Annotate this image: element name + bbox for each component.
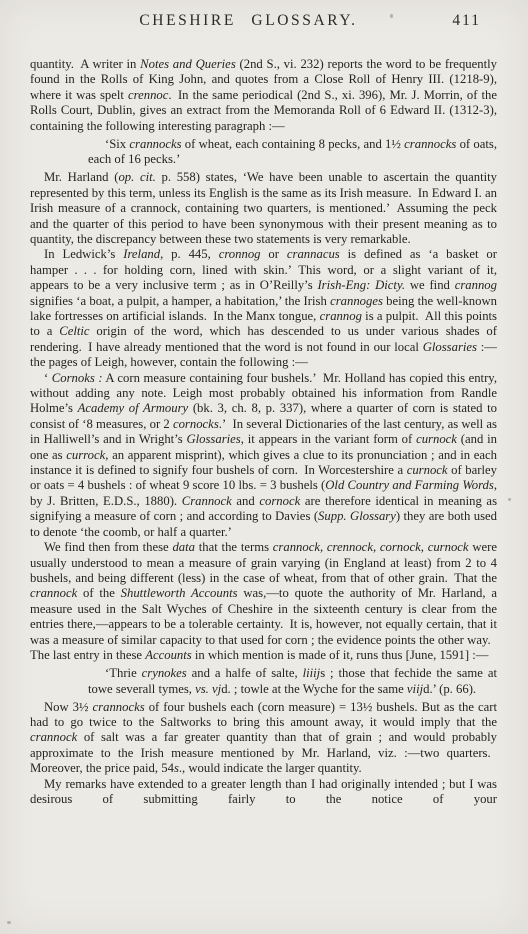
text-run: ., would indicate the larger quantity. — [179, 761, 362, 775]
text-run: , p. 445, — [160, 247, 219, 261]
text-run: in which mention is made of it, runs thu… — [192, 648, 489, 662]
text-run: , it appears in the variant form of — [241, 432, 416, 446]
blockquote: ‘Six crannocks of wheat, each containing… — [88, 137, 497, 168]
page-title: CHESHIRE GLOSSARY. — [30, 12, 467, 30]
italic-text: Irish-Eng: Dicty. — [317, 278, 405, 292]
paragraph: In Ledwick’s Ireland, p. 445, cronnog or… — [30, 247, 497, 370]
italic-text: crannog — [455, 278, 497, 292]
page-number: 411 — [452, 12, 481, 30]
page-body: quantity. A writer in Notes and Queries … — [30, 57, 497, 808]
italic-text: viij — [407, 682, 423, 696]
italic-text: crannock — [30, 730, 77, 744]
text-run: My remarks have extended to a greater le… — [30, 777, 497, 806]
italic-text: Notes and Queries — [140, 57, 236, 71]
paragraph: Mr. Harland (op. cit. p. 558) states, ‘W… — [30, 170, 497, 247]
italic-text: crannoges — [330, 294, 383, 308]
text-run: of wheat, each containing 8 pecks, and 1… — [182, 137, 405, 151]
italic-text: crannocks — [129, 137, 181, 151]
paragraph: We find then from these data that the te… — [30, 540, 497, 663]
text-run: d. ; towle at the Wyche for the same — [221, 682, 407, 696]
paragraph: My remarks have extended to a greater le… — [30, 777, 497, 808]
italic-text: data — [172, 540, 195, 554]
italic-text: Ireland — [123, 247, 160, 261]
paragraph: Now 3½ crannocks of four bushels each (c… — [30, 700, 497, 777]
text-run: ‘Thrie — [105, 666, 142, 680]
scan-artifact — [390, 14, 393, 18]
italic-text: curnock — [407, 463, 448, 477]
text-run: of the — [77, 586, 120, 600]
italic-text: vs. vj — [195, 682, 221, 696]
text-run: that the terms — [195, 540, 273, 554]
italic-text: curnock — [416, 432, 457, 446]
text-run: Now 3½ — [44, 700, 93, 714]
text-run: and a halfe of salte, — [187, 666, 303, 680]
scan-artifact — [508, 498, 511, 501]
text-run: ‘Six — [105, 137, 129, 151]
blockquote: ‘Thrie crynokes and a halfe of salte, li… — [88, 666, 497, 697]
italic-text: Old Country and Farming Words — [325, 478, 494, 492]
text-run: quantity. A writer in — [30, 57, 140, 71]
book-page: CHESHIRE GLOSSARY. 411 quantity. A write… — [0, 0, 528, 934]
italic-text: Supp. Glossary — [318, 509, 396, 523]
italic-text: cronnog — [219, 247, 261, 261]
text-run: we find — [405, 278, 455, 292]
italic-text: crannock, crennock, cornock, curnock — [273, 540, 469, 554]
text-run: and — [232, 494, 260, 508]
paragraph: quantity. A writer in Notes and Queries … — [30, 57, 497, 134]
paragraph: ‘ Cornoks : A corn measure containing fo… — [30, 371, 497, 540]
italic-text: crennoc — [128, 88, 168, 102]
italic-text: crannog — [320, 309, 362, 323]
italic-text: crannock — [30, 586, 77, 600]
italic-text: cornocks — [173, 417, 219, 431]
italic-text: Shuttleworth Accounts — [121, 586, 238, 600]
italic-text: op. cit. — [118, 170, 155, 184]
text-run: signifies ‘a boat, a pulpit, a hamper, a… — [30, 294, 330, 308]
text-run: In Ledwick’s — [44, 247, 123, 261]
text-run: Mr. Harland ( — [44, 170, 118, 184]
italic-text: Crannock — [182, 494, 232, 508]
italic-text: cornock — [259, 494, 300, 508]
italic-text: crannocks — [404, 137, 456, 151]
text-run: d.’ (p. 66). — [423, 682, 476, 696]
text-run: ‘ — [44, 371, 52, 385]
italic-text: Cornoks : — [52, 371, 103, 385]
italic-text: Celtic — [59, 324, 89, 338]
italic-text: crannocks — [93, 700, 145, 714]
italic-text: crynokes — [142, 666, 187, 680]
scan-artifact — [7, 921, 11, 924]
italic-text: Accounts — [145, 648, 192, 662]
italic-text: crannacus — [287, 247, 340, 261]
italic-text: Glossaries — [423, 340, 477, 354]
italic-text: currock — [66, 448, 105, 462]
italic-text: liiij — [303, 666, 321, 680]
text-run: We find then from these — [44, 540, 172, 554]
text-run: or — [261, 247, 287, 261]
italic-text: Academy of Armoury — [78, 401, 189, 415]
italic-text: Glossaries — [186, 432, 240, 446]
running-head: CHESHIRE GLOSSARY. 411 — [30, 12, 497, 32]
